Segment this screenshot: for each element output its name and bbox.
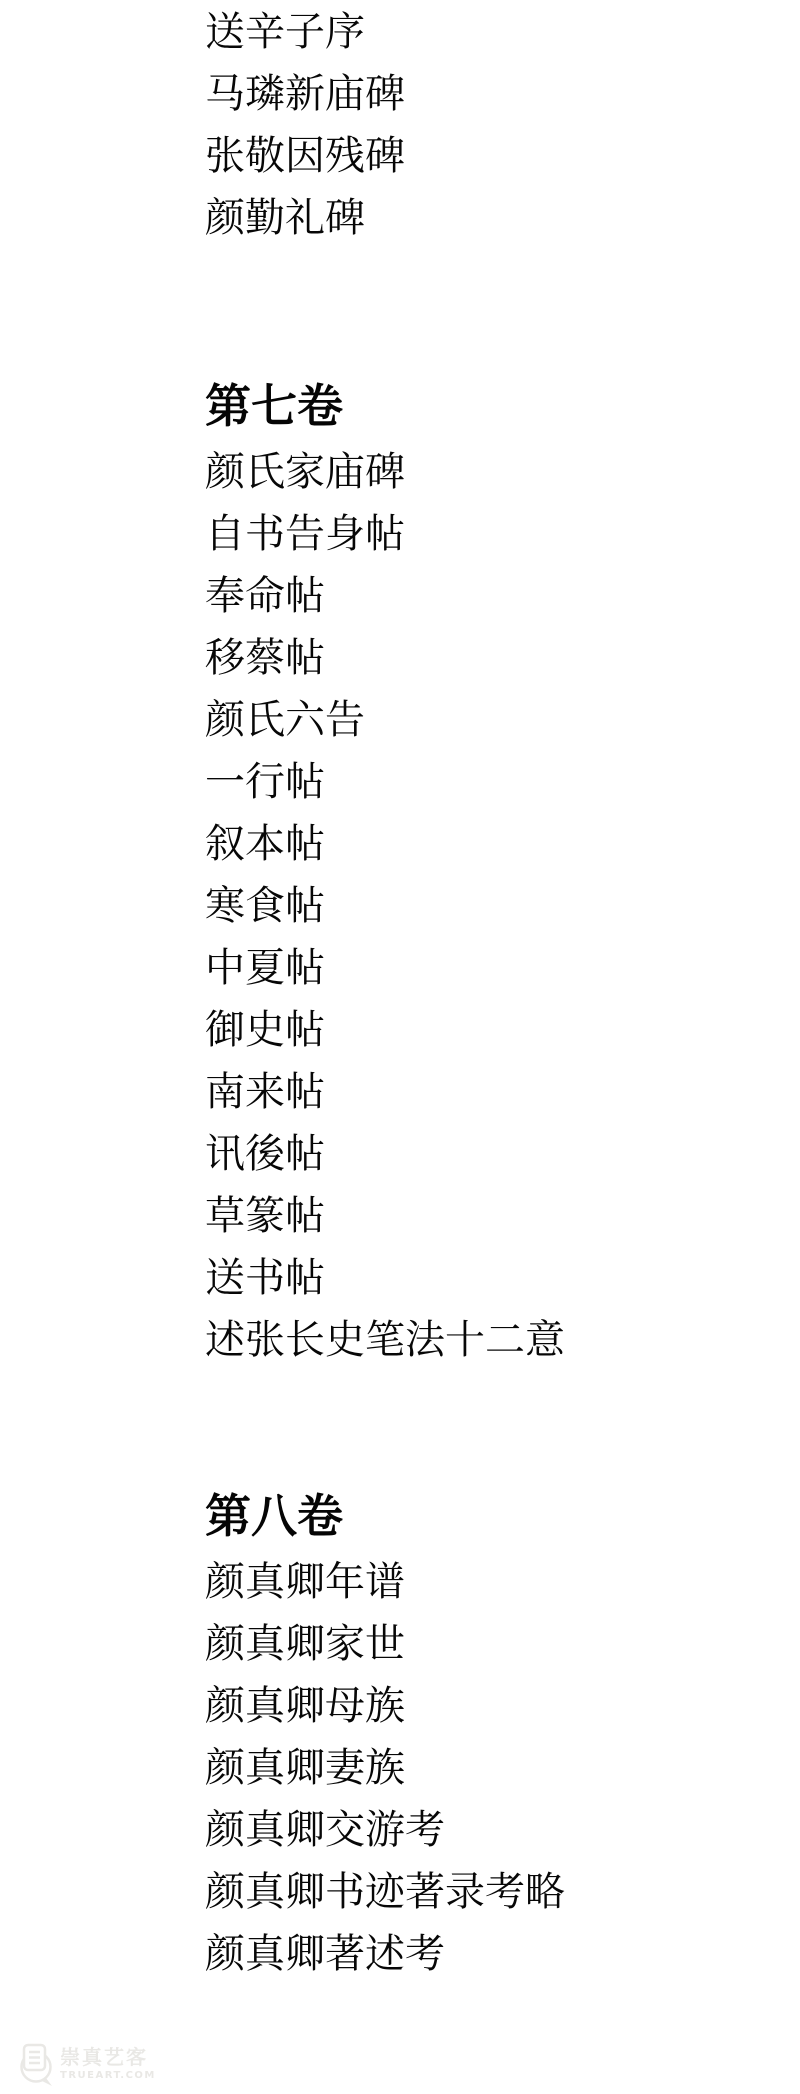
toc-item: 颜氏六告 xyxy=(205,689,800,751)
toc-section: 第七卷颜氏家庙碑自书告身帖奉命帖移蔡帖颜氏六告一行帖叙本帖寒食帖中夏帖御史帖南来… xyxy=(205,371,800,1371)
toc-item: 南来帖 xyxy=(205,1061,800,1123)
toc-item: 颜勤礼碑 xyxy=(205,187,800,249)
toc-item: 述张长史笔法十二意 xyxy=(205,1309,800,1371)
toc-item: 张敬因残碑 xyxy=(205,125,800,187)
watermark-text: 崇真艺客 TRUEART.COM xyxy=(60,2040,156,2081)
toc-item: 颜真卿书迹著录考略 xyxy=(205,1861,800,1923)
toc-item: 送辛子序 xyxy=(205,1,800,63)
toc-item: 颜真卿交游考 xyxy=(205,1799,800,1861)
toc-section: 送辛子序马璘新庙碑张敬因残碑颜勤礼碑 xyxy=(205,1,800,249)
toc: 送辛子序马璘新庙碑张敬因残碑颜勤礼碑第七卷颜氏家庙碑自书告身帖奉命帖移蔡帖颜氏六… xyxy=(0,0,800,1985)
toc-item: 马璘新庙碑 xyxy=(205,63,800,125)
section-header: 第七卷 xyxy=(205,371,800,441)
toc-item: 御史帖 xyxy=(205,999,800,1061)
toc-item: 草篆帖 xyxy=(205,1185,800,1247)
toc-item: 中夏帖 xyxy=(205,937,800,999)
section-header: 第八卷 xyxy=(205,1481,800,1551)
watermark-brand: 崇真艺客 xyxy=(60,2046,156,2068)
toc-item: 颜真卿著述考 xyxy=(205,1923,800,1985)
toc-item: 颜真卿年谱 xyxy=(205,1551,800,1613)
toc-item: 颜真卿家世 xyxy=(205,1613,800,1675)
toc-item: 颜氏家庙碑 xyxy=(205,441,800,503)
toc-item: 送书帖 xyxy=(205,1247,800,1309)
toc-item: 寒食帖 xyxy=(205,875,800,937)
document-page: 送辛子序马璘新庙碑张敬因残碑颜勤礼碑第七卷颜氏家庙碑自书告身帖奉命帖移蔡帖颜氏六… xyxy=(0,0,800,2094)
toc-item: 一行帖 xyxy=(205,751,800,813)
toc-item: 颜真卿母族 xyxy=(205,1675,800,1737)
toc-item: 自书告身帖 xyxy=(205,503,800,565)
toc-item: 讯後帖 xyxy=(205,1123,800,1185)
toc-item: 颜真卿妻族 xyxy=(205,1737,800,1799)
toc-item: 叙本帖 xyxy=(205,813,800,875)
toc-item: 奉命帖 xyxy=(205,565,800,627)
toc-item: 移蔡帖 xyxy=(205,627,800,689)
speech-bubble-icon xyxy=(18,2040,56,2090)
toc-section: 第八卷颜真卿年谱颜真卿家世颜真卿母族颜真卿妻族颜真卿交游考颜真卿书迹著录考略颜真… xyxy=(205,1481,800,1985)
watermark-domain: TRUEART.COM xyxy=(60,2071,156,2081)
watermark: 崇真艺客 TRUEART.COM xyxy=(18,2040,156,2090)
